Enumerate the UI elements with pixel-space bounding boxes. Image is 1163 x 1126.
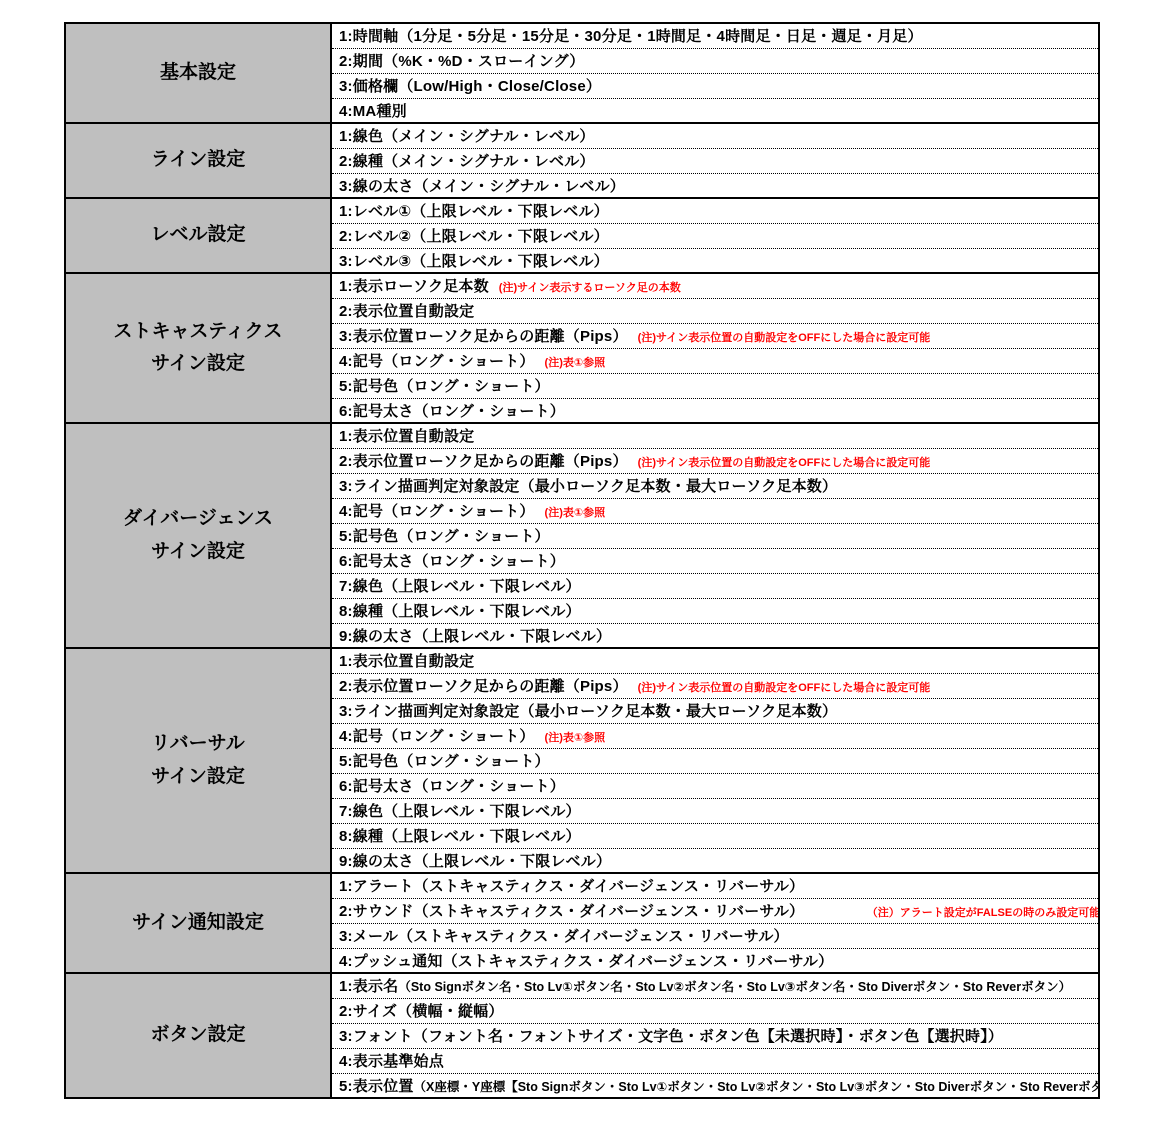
setting-text: 3:表示位置ローソク足からの距離（Pips） — [339, 328, 628, 345]
setting-text-detail: （Sto Signボタン名・Sto Lv①ボタン名・Sto Lv②ボタン名・St… — [398, 980, 1071, 994]
category-label: サイン設定 — [70, 761, 326, 793]
settings-spec-table: 基本設定1:時間軸（1分足・5分足・15分足・30分足・1時間足・4時間足・日足… — [64, 22, 1100, 1099]
setting-cell: 4:記号（ロング・ショート）(注)表①参照 — [331, 348, 1099, 373]
settings-spec-table-wrapper: 基本設定1:時間軸（1分足・5分足・15分足・30分足・1時間足・4時間足・日足… — [64, 22, 1100, 1099]
setting-text: 4:表示基準始点 — [339, 1053, 444, 1070]
setting-text: 4:記号（ロング・ショート） — [339, 503, 535, 520]
category-cell: 基本設定 — [65, 23, 331, 123]
setting-text: 1:表示位置自動設定 — [339, 653, 474, 670]
setting-text: 5:表示位置 — [339, 1078, 414, 1095]
category-cell: ライン設定 — [65, 123, 331, 198]
setting-cell: 9:線の太さ（上限レベル・下限レベル） — [331, 848, 1099, 873]
category-label: 基本設定 — [70, 57, 326, 89]
setting-cell: 5:記号色（ロング・ショート） — [331, 748, 1099, 773]
setting-cell: 4:MA種別 — [331, 98, 1099, 123]
setting-cell: 5:表示位置（X座標・Y座標【Sto Signボタン・Sto Lv①ボタン・St… — [331, 1073, 1099, 1098]
setting-text: 6:記号太さ（ロング・ショート） — [339, 403, 565, 420]
setting-cell: 4:記号（ロング・ショート）(注)表①参照 — [331, 723, 1099, 748]
setting-cell: 3:ライン描画判定対象設定（最小ローソク足本数・最大ローソク足本数） — [331, 473, 1099, 498]
setting-cell: 6:記号太さ（ロング・ショート） — [331, 398, 1099, 423]
setting-note: (注)サイン表示位置の自動設定をOFFにした場合に設定可能 — [638, 332, 931, 344]
setting-text: 1:アラート（ストキャスティクス・ダイバージェンス・リバーサル） — [339, 878, 804, 895]
setting-row: 基本設定1:時間軸（1分足・5分足・15分足・30分足・1時間足・4時間足・日足… — [65, 23, 1099, 48]
setting-row: ストキャスティクスサイン設定1:表示ローソク足本数(注)サイン表示するローソク足… — [65, 273, 1099, 298]
setting-cell: 5:記号色（ロング・ショート） — [331, 373, 1099, 398]
setting-text: 8:線種（上限レベル・下限レベル） — [339, 603, 581, 620]
setting-text: 5:記号色（ロング・ショート） — [339, 378, 550, 395]
setting-cell: 5:記号色（ロング・ショート） — [331, 523, 1099, 548]
setting-cell: 2:表示位置ローソク足からの距離（Pips）(注)サイン表示位置の自動設定をOF… — [331, 673, 1099, 698]
setting-cell: 3:表示位置ローソク足からの距離（Pips）(注)サイン表示位置の自動設定をOF… — [331, 323, 1099, 348]
setting-text: 4:プッシュ通知（ストキャスティクス・ダイバージェンス・リバーサル） — [339, 953, 833, 970]
setting-text: 1:表示名 — [339, 978, 398, 995]
setting-cell: 6:記号太さ（ロング・ショート） — [331, 773, 1099, 798]
setting-text: 4:MA種別 — [339, 103, 407, 120]
setting-cell: 3:価格欄（Low/High・Close/Close） — [331, 73, 1099, 98]
setting-text: 3:価格欄（Low/High・Close/Close） — [339, 78, 601, 95]
setting-text: 1:線色（メイン・シグナル・レベル） — [339, 128, 595, 145]
setting-cell: 1:線色（メイン・シグナル・レベル） — [331, 123, 1099, 148]
setting-text: 3:線の太さ（メイン・シグナル・レベル） — [339, 178, 625, 195]
setting-cell: 7:線色（上限レベル・下限レベル） — [331, 798, 1099, 823]
setting-cell: 3:レベル③（上限レベル・下限レベル） — [331, 248, 1099, 273]
setting-cell: 2:線種（メイン・シグナル・レベル） — [331, 148, 1099, 173]
setting-text: 2:線種（メイン・シグナル・レベル） — [339, 153, 595, 170]
setting-cell: 3:線の太さ（メイン・シグナル・レベル） — [331, 173, 1099, 198]
setting-text: 4:記号（ロング・ショート） — [339, 353, 535, 370]
setting-cell: 9:線の太さ（上限レベル・下限レベル） — [331, 623, 1099, 648]
setting-text: 1:時間軸（1分足・5分足・15分足・30分足・1時間足・4時間足・日足・週足・… — [339, 28, 923, 45]
setting-row: レベル設定1:レベル①（上限レベル・下限レベル） — [65, 198, 1099, 223]
setting-text: 8:線種（上限レベル・下限レベル） — [339, 828, 581, 845]
setting-note: (注)サイン表示するローソク足の本数 — [499, 282, 681, 294]
category-cell: サイン通知設定 — [65, 873, 331, 973]
setting-note: （注）アラート設定がFALSEの時のみ設定可能 — [872, 907, 1099, 919]
setting-text: 7:線色（上限レベル・下限レベル） — [339, 578, 581, 595]
setting-row: ダイバージェンスサイン設定1:表示位置自動設定 — [65, 423, 1099, 448]
setting-cell: 2:表示位置ローソク足からの距離（Pips）(注)サイン表示位置の自動設定をOF… — [331, 448, 1099, 473]
setting-cell: 8:線種（上限レベル・下限レベル） — [331, 598, 1099, 623]
setting-text: 9:線の太さ（上限レベル・下限レベル） — [339, 853, 611, 870]
setting-cell: 2:サウンド（ストキャスティクス・ダイバージェンス・リバーサル）（注）アラート設… — [331, 898, 1099, 923]
setting-text: 3:フォント（フォント名・フォントサイズ・文字色・ボタン色【未選択時】・ボタン色… — [339, 1028, 1003, 1045]
setting-text: 6:記号太さ（ロング・ショート） — [339, 778, 565, 795]
setting-cell: 1:アラート（ストキャスティクス・ダイバージェンス・リバーサル） — [331, 873, 1099, 898]
setting-cell: 7:線色（上限レベル・下限レベル） — [331, 573, 1099, 598]
setting-cell: 4:プッシュ通知（ストキャスティクス・ダイバージェンス・リバーサル） — [331, 948, 1099, 973]
setting-text: 2:サイズ（横幅・縦幅） — [339, 1003, 504, 1020]
setting-note: (注)表①参照 — [545, 732, 606, 744]
setting-cell: 1:表示位置自動設定 — [331, 423, 1099, 448]
setting-row: サイン通知設定1:アラート（ストキャスティクス・ダイバージェンス・リバーサル） — [65, 873, 1099, 898]
setting-text: 2:表示位置自動設定 — [339, 303, 474, 320]
category-cell: レベル設定 — [65, 198, 331, 273]
setting-cell: 3:ライン描画判定対象設定（最小ローソク足本数・最大ローソク足本数） — [331, 698, 1099, 723]
setting-cell: 1:表示名（Sto Signボタン名・Sto Lv①ボタン名・Sto Lv②ボタ… — [331, 973, 1099, 998]
setting-note: (注)表①参照 — [545, 507, 606, 519]
setting-text: 5:記号色（ロング・ショート） — [339, 528, 550, 545]
category-cell: ダイバージェンスサイン設定 — [65, 423, 331, 648]
setting-text: 6:記号太さ（ロング・ショート） — [339, 553, 565, 570]
setting-cell: 6:記号太さ（ロング・ショート） — [331, 548, 1099, 573]
setting-text-detail: （X座標・Y座標【Sto Signボタン・Sto Lv①ボタン・Sto Lv②ボ… — [414, 1080, 1099, 1094]
settings-table-body: 基本設定1:時間軸（1分足・5分足・15分足・30分足・1時間足・4時間足・日足… — [65, 23, 1099, 1098]
setting-text: 2:サウンド（ストキャスティクス・ダイバージェンス・リバーサル） — [339, 903, 804, 920]
setting-note: (注)サイン表示位置の自動設定をOFFにした場合に設定可能 — [638, 682, 931, 694]
setting-text: 9:線の太さ（上限レベル・下限レベル） — [339, 628, 611, 645]
setting-text: 3:ライン描画判定対象設定（最小ローソク足本数・最大ローソク足本数） — [339, 703, 837, 720]
category-label: サイン設定 — [70, 348, 326, 380]
setting-row: リバーサルサイン設定1:表示位置自動設定 — [65, 648, 1099, 673]
setting-note: (注)サイン表示位置の自動設定をOFFにした場合に設定可能 — [638, 457, 931, 469]
setting-row: ライン設定1:線色（メイン・シグナル・レベル） — [65, 123, 1099, 148]
setting-text: 2:期間（%K・%D・スローイング） — [339, 53, 584, 70]
category-label: ストキャスティクス — [70, 316, 326, 348]
setting-text: 1:表示ローソク足本数 — [339, 278, 489, 295]
category-label: ボタン設定 — [70, 1019, 326, 1051]
category-cell: リバーサルサイン設定 — [65, 648, 331, 873]
setting-text: 4:記号（ロング・ショート） — [339, 728, 535, 745]
category-cell: ストキャスティクスサイン設定 — [65, 273, 331, 423]
category-cell: ボタン設定 — [65, 973, 331, 1098]
setting-text: 7:線色（上限レベル・下限レベル） — [339, 803, 581, 820]
setting-cell: 8:線種（上限レベル・下限レベル） — [331, 823, 1099, 848]
setting-text: 5:記号色（ロング・ショート） — [339, 753, 550, 770]
setting-text: 3:レベル③（上限レベル・下限レベル） — [339, 253, 609, 270]
category-label: レベル設定 — [70, 219, 326, 251]
setting-cell: 1:時間軸（1分足・5分足・15分足・30分足・1時間足・4時間足・日足・週足・… — [331, 23, 1099, 48]
setting-cell: 2:表示位置自動設定 — [331, 298, 1099, 323]
setting-text: 3:メール（ストキャスティクス・ダイバージェンス・リバーサル） — [339, 928, 789, 945]
setting-text: 2:表示位置ローソク足からの距離（Pips） — [339, 678, 628, 695]
setting-text: 1:レベル①（上限レベル・下限レベル） — [339, 203, 609, 220]
category-label: リバーサル — [70, 728, 326, 760]
setting-cell: 1:レベル①（上限レベル・下限レベル） — [331, 198, 1099, 223]
setting-text: 2:表示位置ローソク足からの距離（Pips） — [339, 453, 628, 470]
setting-cell: 2:サイズ（横幅・縦幅） — [331, 998, 1099, 1023]
category-label: ライン設定 — [70, 144, 326, 176]
setting-cell: 3:フォント（フォント名・フォントサイズ・文字色・ボタン色【未選択時】・ボタン色… — [331, 1023, 1099, 1048]
setting-text: 2:レベル②（上限レベル・下限レベル） — [339, 228, 609, 245]
setting-text: 1:表示位置自動設定 — [339, 428, 474, 445]
setting-row: ボタン設定1:表示名（Sto Signボタン名・Sto Lv①ボタン名・Sto … — [65, 973, 1099, 998]
setting-cell: 1:表示位置自動設定 — [331, 648, 1099, 673]
setting-cell: 1:表示ローソク足本数(注)サイン表示するローソク足の本数 — [331, 273, 1099, 298]
setting-cell: 2:期間（%K・%D・スローイング） — [331, 48, 1099, 73]
setting-cell: 2:レベル②（上限レベル・下限レベル） — [331, 223, 1099, 248]
category-label: サイン設定 — [70, 536, 326, 568]
setting-cell: 4:表示基準始点 — [331, 1048, 1099, 1073]
setting-text: 3:ライン描画判定対象設定（最小ローソク足本数・最大ローソク足本数） — [339, 478, 837, 495]
setting-note: (注)表①参照 — [545, 357, 606, 369]
setting-cell: 3:メール（ストキャスティクス・ダイバージェンス・リバーサル） — [331, 923, 1099, 948]
setting-cell: 4:記号（ロング・ショート）(注)表①参照 — [331, 498, 1099, 523]
category-label: ダイバージェンス — [70, 503, 326, 535]
category-label: サイン通知設定 — [70, 907, 326, 939]
